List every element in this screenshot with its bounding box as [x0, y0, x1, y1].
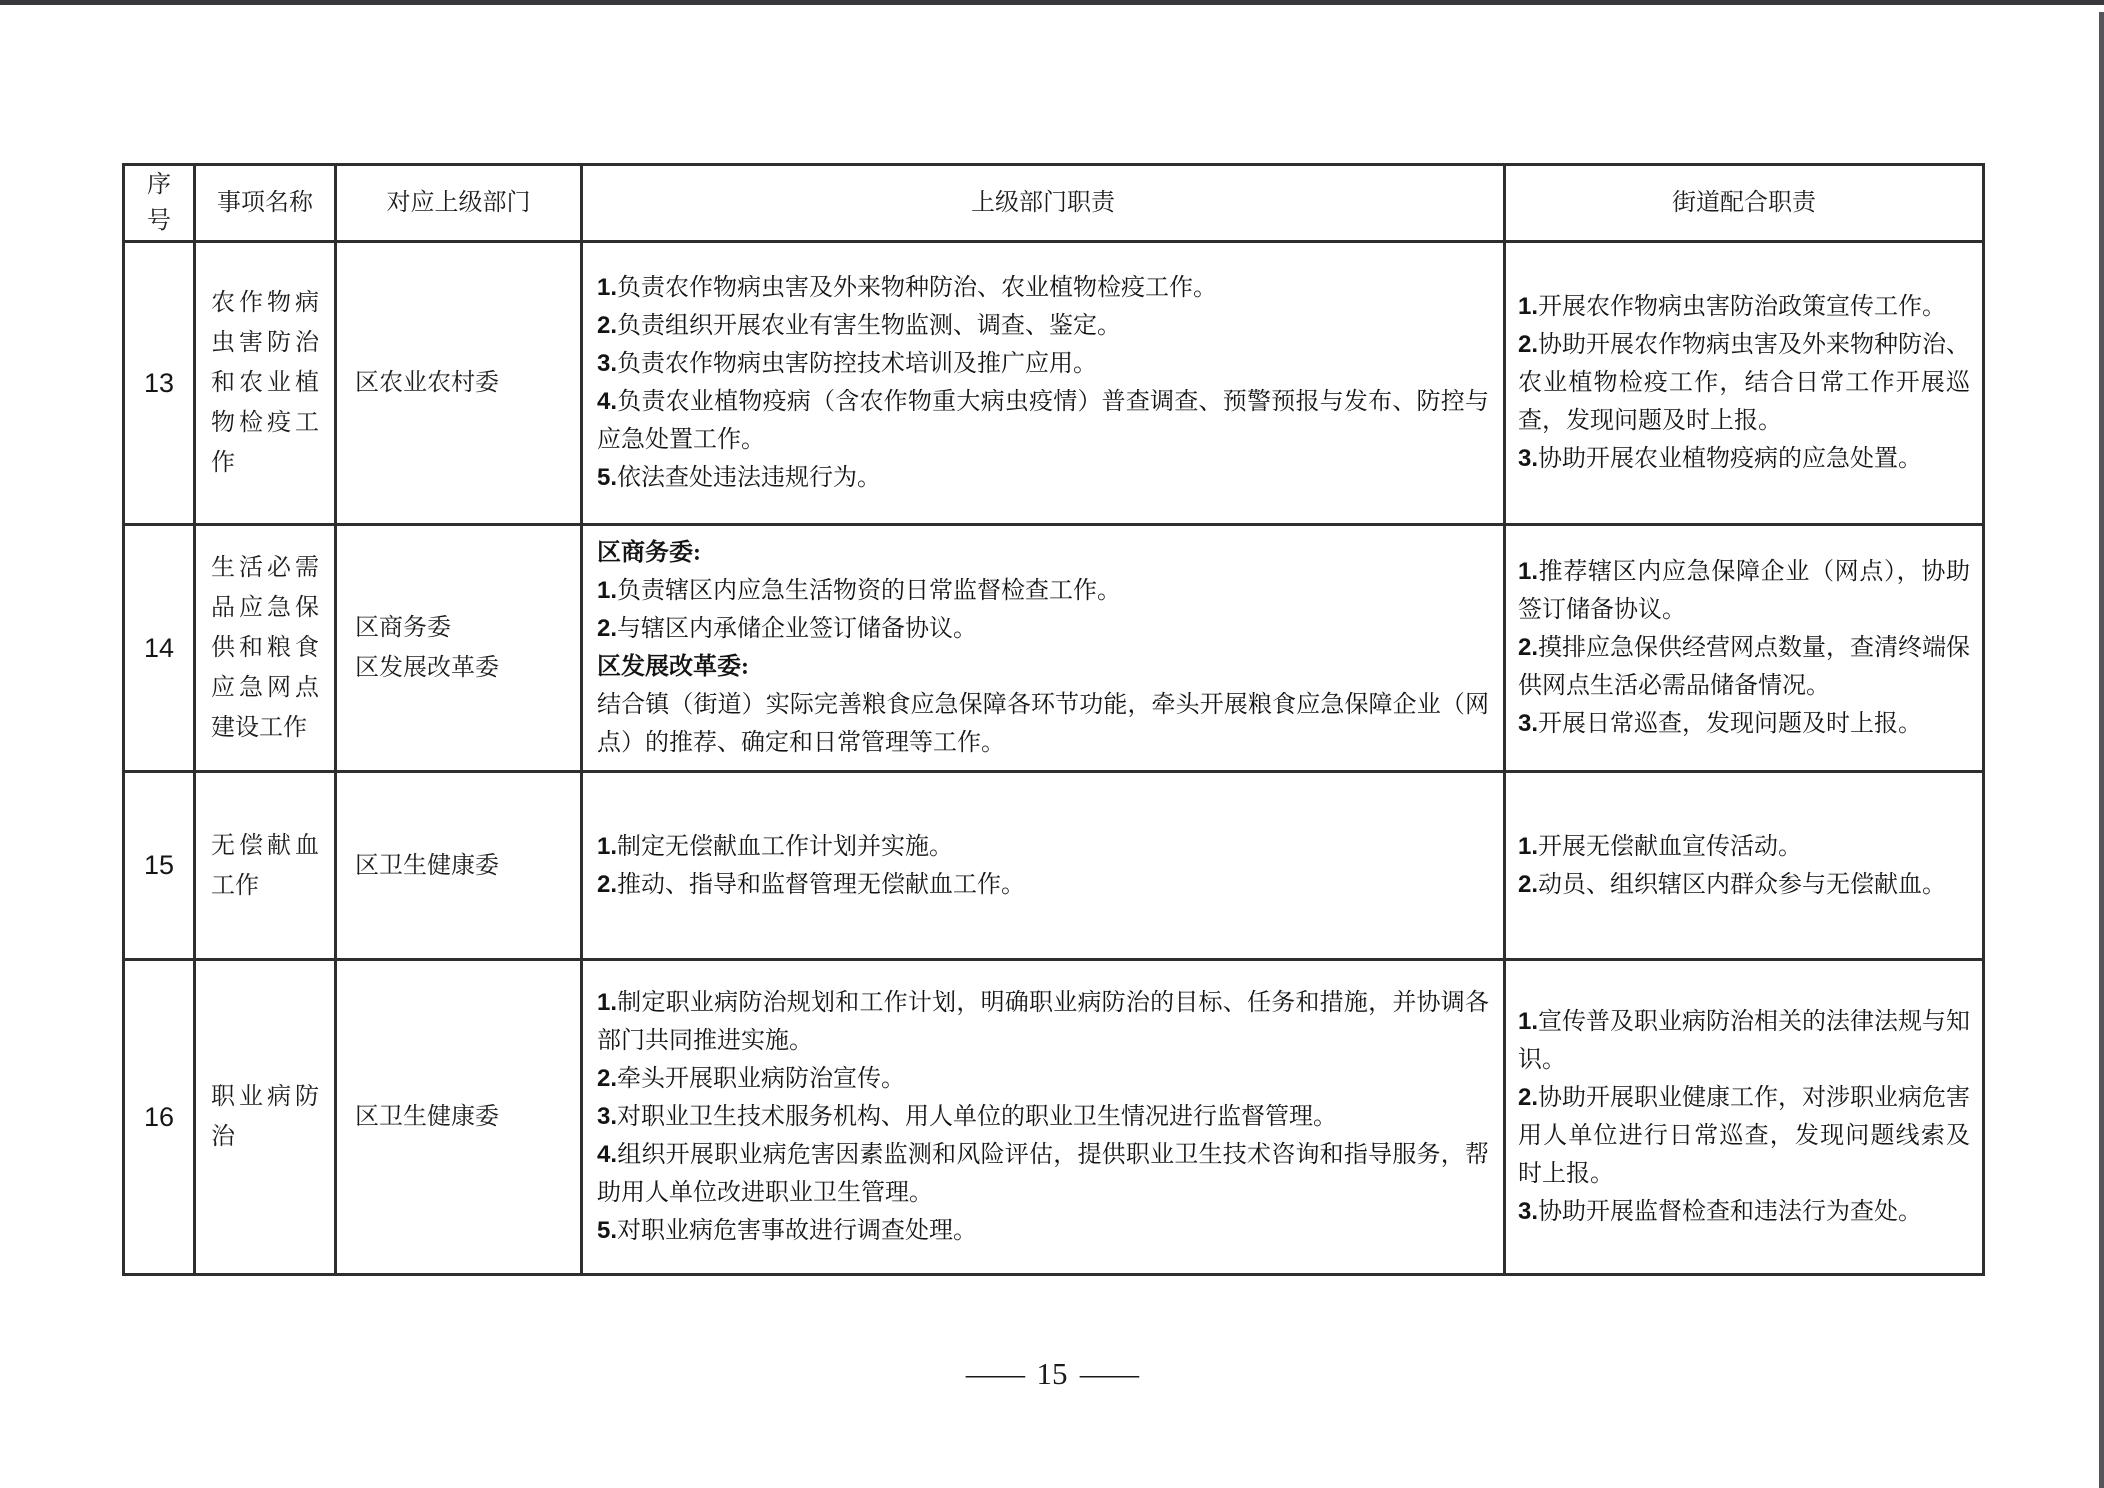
- duty-item-number: 3.: [1518, 710, 1538, 737]
- column-header-superior-duties: 上级部门职责: [582, 165, 1505, 242]
- duty-item: 1.开展农作物病虫害防治政策宣传工作。: [1518, 288, 1970, 326]
- footer-right-dash: —: [1080, 1356, 1139, 1392]
- table-row: 16职业病防治区卫生健康委1.制定职业病防治规划和工作计划，明确职业病防治的目标…: [124, 960, 1984, 1275]
- duty-item: 3.对职业卫生技术服务机构、用人单位的职业卫生情况进行监督管理。: [597, 1098, 1489, 1136]
- duty-item: 1.负责辖区内应急生活物资的日常监督检查工作。: [597, 572, 1489, 610]
- duty-item: 2.推动、指导和监督管理无偿献血工作。: [597, 866, 1489, 904]
- duty-item: 2.牵头开展职业病防治宣传。: [597, 1060, 1489, 1098]
- duty-item-number: 2.: [597, 1065, 617, 1092]
- duty-item-number: 4.: [597, 388, 617, 415]
- duty-item: 5.对职业病危害事故进行调查处理。: [597, 1212, 1489, 1250]
- duty-item: 3.协助开展农业植物疫病的应急处置。: [1518, 440, 1970, 478]
- item-name-text: 无偿献血工作: [211, 826, 319, 906]
- cell-superior-duties: 1.制定职业病防治规划和工作计划，明确职业病防治的目标、任务和措施，并协调各部门…: [582, 960, 1505, 1275]
- duty-item: 2.负责组织开展农业有害生物监测、调查、鉴定。: [597, 307, 1489, 345]
- cell-street-duties: 1.开展无偿献血宣传活动。2.动员、组织辖区内群众参与无偿献血。: [1505, 772, 1984, 960]
- row-number: 16: [125, 1102, 193, 1133]
- department-name: 区商务委: [355, 608, 572, 648]
- duty-item: 2.动员、组织辖区内群众参与无偿献血。: [1518, 866, 1970, 904]
- duty-item: 1.宣传普及职业病防治相关的法律法规与知识。: [1518, 1003, 1970, 1079]
- duty-item-number: 5.: [597, 464, 617, 491]
- duty-item: 3.开展日常巡查，发现问题及时上报。: [1518, 705, 1970, 743]
- scan-artifact-top-edge: [0, 0, 2104, 5]
- duty-item: 3.负责农作物病虫害防控技术培训及推广应用。: [597, 345, 1489, 383]
- duty-item: 1.制定职业病防治规划和工作计划，明确职业病防治的目标、任务和措施，并协调各部门…: [597, 984, 1489, 1060]
- cell-seq: 14: [124, 525, 195, 772]
- cell-item-name: 生活必需品应急保供和粮食应急网点建设工作: [195, 525, 336, 772]
- cell-street-duties: 1.宣传普及职业病防治相关的法律法规与知识。2.协助开展职业健康工作，对涉职业病…: [1505, 960, 1984, 1275]
- cell-superior-duties: 区商务委:1.负责辖区内应急生活物资的日常监督检查工作。2.与辖区内承储企业签订…: [582, 525, 1505, 772]
- footer-left-dash: —: [966, 1356, 1025, 1392]
- duty-item-number: 3.: [597, 350, 617, 377]
- cell-seq: 13: [124, 242, 195, 525]
- duty-item-number: 1.: [1518, 1008, 1538, 1035]
- duty-item-number: 1.: [597, 989, 617, 1016]
- duty-item-number: 5.: [597, 1217, 617, 1244]
- duty-item: 2.协助开展农作物病虫害及外来物种防治、农业植物检疫工作，结合日常工作开展巡查，…: [1518, 326, 1970, 440]
- duty-item-number: 1.: [1518, 833, 1538, 860]
- duty-section-heading: 区发展改革委:: [597, 648, 1489, 686]
- cell-item-name: 职业病防治: [195, 960, 336, 1275]
- duty-item-number: 1.: [597, 274, 617, 301]
- cell-department: 区商务委区发展改革委: [336, 525, 582, 772]
- duty-item: 3.协助开展监督检查和违法行为查处。: [1518, 1193, 1970, 1231]
- cell-superior-duties: 1.制定无偿献血工作计划并实施。2.推动、指导和监督管理无偿献血工作。: [582, 772, 1505, 960]
- duty-item: 4.组织开展职业病危害因素监测和风险评估，提供职业卫生技术咨询和指导服务，帮助用…: [597, 1136, 1489, 1212]
- duty-item-number: 3.: [1518, 1198, 1538, 1225]
- duty-item: 1.制定无偿献血工作计划并实施。: [597, 828, 1489, 866]
- duty-item: 5.依法查处违法违规行为。: [597, 459, 1489, 497]
- duty-item-number: 2.: [1518, 331, 1538, 358]
- duty-item-number: 1.: [1518, 293, 1538, 320]
- item-name-text: 生活必需品应急保供和粮食应急网点建设工作: [211, 548, 319, 748]
- cell-street-duties: 1.开展农作物病虫害防治政策宣传工作。2.协助开展农作物病虫害及外来物种防治、农…: [1505, 242, 1984, 525]
- duty-item-number: 2.: [1518, 634, 1538, 661]
- cell-department: 区卫生健康委: [336, 772, 582, 960]
- duty-section-heading: 区商务委:: [597, 534, 1489, 572]
- column-header-item-name: 事项名称: [195, 165, 336, 242]
- column-header-street-duties: 街道配合职责: [1505, 165, 1984, 242]
- duties-table: 序号 事项名称 对应上级部门 上级部门职责 街道配合职责 13农作物病虫害防治和…: [122, 163, 1985, 1276]
- duty-item-number: 4.: [597, 1141, 617, 1168]
- cell-seq: 15: [124, 772, 195, 960]
- cell-department: 区卫生健康委: [336, 960, 582, 1275]
- row-number: 15: [125, 850, 193, 881]
- table-header-row: 序号 事项名称 对应上级部门 上级部门职责 街道配合职责: [124, 165, 1984, 242]
- duty-item-number: 3.: [597, 1103, 617, 1130]
- item-name-text: 职业病防治: [211, 1077, 319, 1157]
- column-header-seq-label: 序号: [146, 167, 172, 239]
- column-header-department: 对应上级部门: [336, 165, 582, 242]
- duty-item-number: 1.: [597, 577, 617, 604]
- department-name: 区农业农村委: [355, 363, 572, 403]
- cell-seq: 16: [124, 960, 195, 1275]
- duty-item: 1.负责农作物病虫害及外来物种防治、农业植物检疫工作。: [597, 269, 1489, 307]
- duty-item-number: 2.: [597, 615, 617, 642]
- duty-item: 4.负责农业植物疫病（含农作物重大病虫疫情）普查调查、预警预报与发布、防控与应急…: [597, 383, 1489, 459]
- duty-item: 2.与辖区内承储企业签订储备协议。: [597, 610, 1489, 648]
- duty-item-number: 2.: [597, 871, 617, 898]
- duty-item: 结合镇（街道）实际完善粮食应急保障各环节功能，牵头开展粮食应急保障企业（网点）的…: [597, 686, 1489, 762]
- department-name: 区发展改革委: [355, 648, 572, 688]
- cell-street-duties: 1.推荐辖区内应急保障企业（网点），协助签订储备协议。2.摸排应急保供经营网点数…: [1505, 525, 1984, 772]
- cell-superior-duties: 1.负责农作物病虫害及外来物种防治、农业植物检疫工作。2.负责组织开展农业有害生…: [582, 242, 1505, 525]
- column-header-seq: 序号: [124, 165, 195, 242]
- row-number: 14: [125, 633, 193, 664]
- duty-item-number: 2.: [1518, 1084, 1538, 1111]
- table-row: 14生活必需品应急保供和粮食应急网点建设工作区商务委区发展改革委区商务委:1.负…: [124, 525, 1984, 772]
- duty-item: 1.开展无偿献血宣传活动。: [1518, 828, 1970, 866]
- duty-item: 2.协助开展职业健康工作，对涉职业病危害用人单位进行日常巡查，发现问题线索及时上…: [1518, 1079, 1970, 1193]
- table-row: 13农作物病虫害防治和农业植物检疫工作区农业农村委1.负责农作物病虫害及外来物种…: [124, 242, 1984, 525]
- page-number: 15: [1037, 1356, 1068, 1391]
- table-body: 13农作物病虫害防治和农业植物检疫工作区农业农村委1.负责农作物病虫害及外来物种…: [124, 242, 1984, 1275]
- duty-item-number: 2.: [1518, 871, 1538, 898]
- cell-department: 区农业农村委: [336, 242, 582, 525]
- duty-item-number: 1.: [1518, 558, 1538, 585]
- duty-item-number: 1.: [597, 833, 617, 860]
- cell-item-name: 无偿献血工作: [195, 772, 336, 960]
- duty-item-number: 3.: [1518, 445, 1538, 472]
- page-footer: —15—: [0, 1356, 2104, 1392]
- item-name-text: 农作物病虫害防治和农业植物检疫工作: [211, 283, 319, 483]
- duty-item: 1.推荐辖区内应急保障企业（网点），协助签订储备协议。: [1518, 553, 1970, 629]
- table-row: 15无偿献血工作区卫生健康委1.制定无偿献血工作计划并实施。2.推动、指导和监督…: [124, 772, 1984, 960]
- cell-item-name: 农作物病虫害防治和农业植物检疫工作: [195, 242, 336, 525]
- duty-item-number: 2.: [597, 312, 617, 339]
- row-number: 13: [125, 368, 193, 399]
- scan-artifact-right-edge: [2099, 12, 2104, 1488]
- department-name: 区卫生健康委: [355, 846, 572, 886]
- department-name: 区卫生健康委: [355, 1097, 572, 1137]
- duty-item: 2.摸排应急保供经营网点数量，查清终端保供网点生活必需品储备情况。: [1518, 629, 1970, 705]
